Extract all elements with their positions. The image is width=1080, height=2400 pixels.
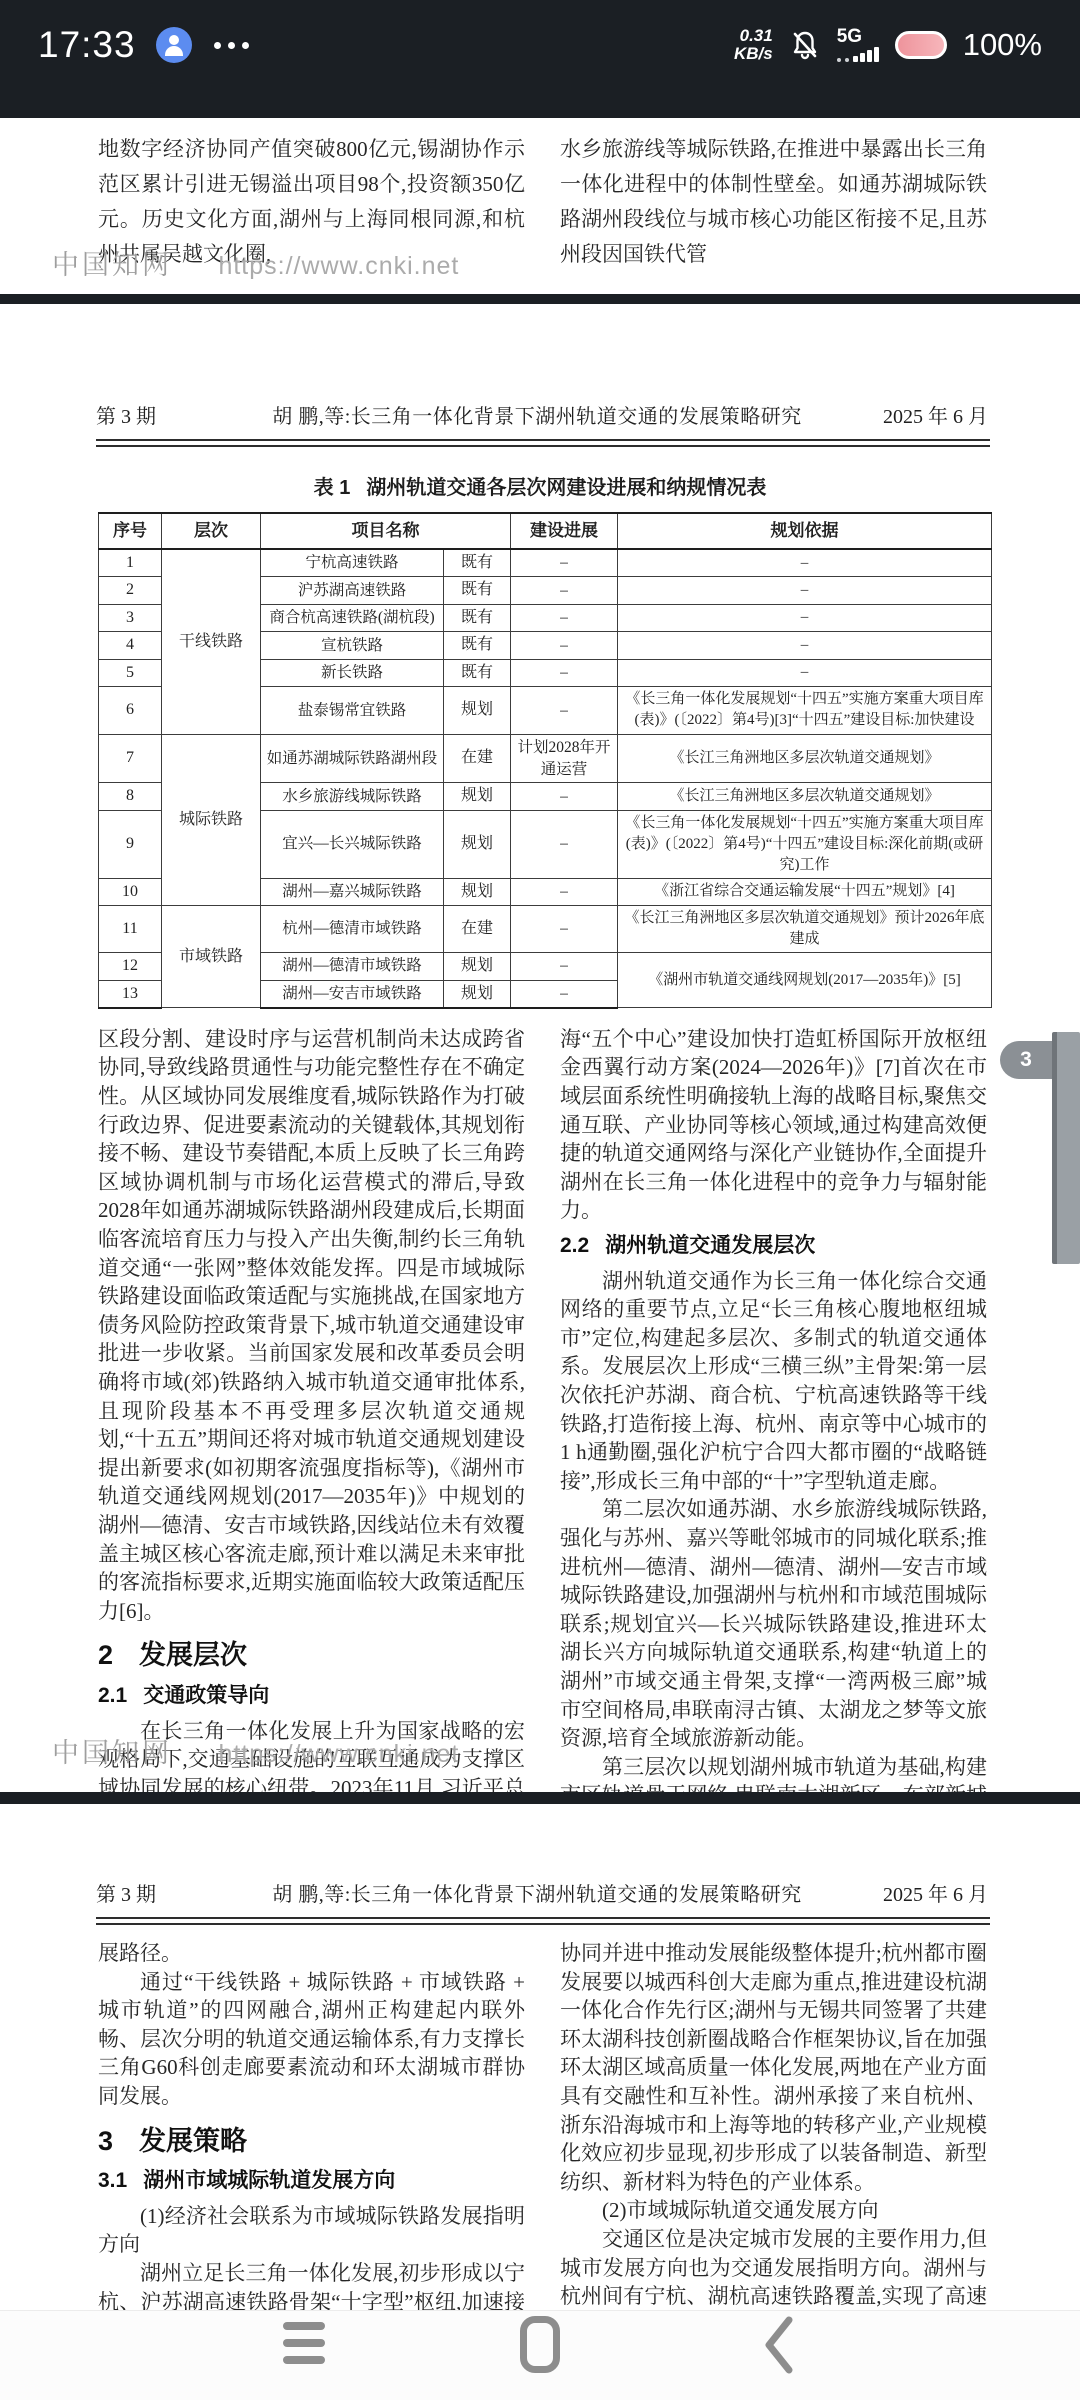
paragraph: 湖州立足长三角一体化发展,初步形成以宁杭、沪苏湖高速铁路骨架“十字型”枢纽,加速…: [98, 2259, 525, 2310]
table-caption-label: 表 1: [314, 477, 351, 499]
cell-name: 如通苏湖城际铁路湖州段: [261, 734, 444, 782]
cell-status: 规划: [444, 878, 511, 905]
col-header-seq: 序号: [99, 513, 162, 549]
screen: { "status_bar": { "time": "17:33", "net_…: [0, 0, 1080, 2400]
cell-status: 既有: [444, 604, 511, 631]
cell-name: 新长铁路: [261, 659, 444, 686]
cell-name: 宁杭高速铁路: [261, 549, 444, 577]
journal-footer: 中国知网 https://www.cnki.net: [52, 1731, 459, 1770]
cell-seq: 6: [99, 686, 162, 734]
cell-level: 干线铁路: [162, 549, 261, 734]
more-notifications-icon: [214, 42, 249, 49]
paragraph: 通过“干线铁路 + 城际铁路 + 市域铁路 + 城市轨道”的四网融合,湖州正构建…: [98, 1968, 525, 2111]
cell-progress: –: [511, 549, 618, 577]
signal-bars-icon: 5G: [837, 29, 879, 62]
cell-progress: 计划2028年开通运营: [511, 734, 618, 782]
cell-seq: 9: [99, 810, 162, 878]
cell-status: 在建: [444, 906, 511, 953]
col-header-basis: 规划依据: [618, 513, 992, 549]
running-title: 胡 鹏,等:长三角一体化背景下湖州轨道交通的发展策略研究: [236, 400, 838, 429]
cell-name: 商合杭高速铁路(湖杭段): [261, 604, 444, 631]
table-caption-text: 湖州轨道交通各层次网建设进展和纳规情况表: [366, 477, 766, 499]
journal-footer: 中国知网 https://www.cnki.net: [52, 243, 459, 282]
cell-level: 城际铁路: [162, 734, 261, 905]
table-row: 7 城际铁路 如通苏湖城际铁路湖州段 在建 计划2028年开通运营 《长江三角洲…: [99, 734, 992, 782]
section-title: 发展策略: [139, 2127, 247, 2156]
paragraph: 交通区位是决定城市发展的主要作用力,但城市发展方向也为交通发展指明方向。湖州与杭…: [560, 2225, 987, 2310]
section-heading: 2 发展层次: [98, 1641, 525, 1670]
paragraph: (1)经济社会联系为市域城际铁路发展指明方向: [98, 2202, 525, 2259]
issue-date: 2025 年 6 月: [838, 400, 988, 429]
clock: 17:33: [38, 24, 136, 66]
pdf-page-1: 地数字经济协同产值突破800亿元,锡湖协作示范区累计引进无锡溢出项目98个,投资…: [0, 118, 1080, 294]
cell-progress: –: [511, 604, 618, 631]
cell-basis: 《长三角一体化发展规划“十四五”实施方案重大项目库(表)》(〔2022〕第4号)…: [618, 810, 992, 878]
cell-status: 在建: [444, 734, 511, 782]
cell-name: 盐泰锡常宜铁路: [261, 686, 444, 734]
running-title: 胡 鹏,等:长三角一体化背景下湖州轨道交通的发展策略研究: [236, 1878, 838, 1907]
cnki-url: https://www.cnki.net: [218, 252, 459, 280]
cell-seq: 10: [99, 878, 162, 905]
status-bar: 17:33 0.31 KB/s 5G 100%: [0, 0, 1080, 90]
pdf-page-2: 第 3 期 胡 鹏,等:长三角一体化背景下湖州轨道交通的发展策略研究 2025 …: [0, 304, 1080, 1792]
cell-progress: –: [511, 632, 618, 659]
cell-seq: 8: [99, 783, 162, 810]
running-head: 第 3 期 胡 鹏,等:长三角一体化背景下湖州轨道交通的发展策略研究 2025 …: [0, 304, 1080, 429]
cell-seq: 13: [99, 980, 162, 1008]
column-right: 海“五个中心”建设加快打造虹桥国际开放枢纽金西翼行动方案(2024—2026年)…: [560, 1025, 987, 1792]
header-rule: [96, 439, 990, 447]
cell-name: 湖州—德清市域铁路: [261, 953, 444, 980]
network-type: 5G: [837, 29, 862, 45]
cell-progress: –: [511, 878, 618, 905]
cell-progress: –: [511, 953, 618, 980]
cell-seq: 2: [99, 577, 162, 604]
section-number: 3: [98, 2127, 113, 2156]
cell-basis: 《长三角一体化发展规划“十四五”实施方案重大项目库(表)》(〔2022〕第4号)…: [618, 686, 992, 734]
cnki-url: https://www.cnki.net: [218, 1740, 459, 1768]
issue-date: 2025 年 6 月: [838, 1878, 988, 1907]
cell-status: 规划: [444, 686, 511, 734]
cell-status: 规划: [444, 980, 511, 1008]
cell-basis: –: [618, 659, 992, 686]
notification-app-icon: [156, 27, 192, 63]
subsection-title: 湖州市域城际轨道发展方向: [143, 2167, 395, 2196]
back-button[interactable]: [762, 2316, 796, 2379]
subsection-number: 3.1: [98, 2167, 127, 2196]
cell-name: 宣杭铁路: [261, 632, 444, 659]
projects-table: 序号 层次 项目名称 建设进展 规划依据 1 干线铁路 宁杭高速铁路 既有 – …: [98, 512, 992, 1009]
subsection-number: 2.2: [560, 1232, 589, 1261]
section-number: 2: [98, 1641, 113, 1670]
scrollbar[interactable]: [1052, 1032, 1080, 1264]
table-row: 1 干线铁路 宁杭高速铁路 既有 – –: [99, 549, 992, 577]
cnki-brand: 中国知网: [52, 1738, 172, 1768]
cell-seq: 7: [99, 734, 162, 782]
paragraph: 第二层次如通苏湖、水乡旅游线城际铁路,强化与苏州、嘉兴等毗邻城市的同城化联系;推…: [560, 1495, 987, 1752]
subsection-title: 湖州轨道交通发展层次: [605, 1232, 815, 1261]
home-button[interactable]: [520, 2316, 560, 2373]
cell-basis: 《长江三角洲地区多层次轨道交通规划》: [618, 734, 992, 782]
col-header-name: 项目名称: [261, 513, 511, 549]
cell-progress: –: [511, 980, 618, 1008]
cell-progress: –: [511, 783, 618, 810]
column-left: 区段分割、建设时序与运营机制尚未达成跨省协同,导致线路贯通性与功能完整性存在不确…: [98, 1025, 525, 1792]
cnki-brand: 中国知网: [52, 250, 172, 280]
col-header-level: 层次: [162, 513, 261, 549]
network-speed-value: 0.31: [740, 27, 773, 45]
paragraph: 湖州轨道交通作为长三角一体化综合交通网络的重要节点,立足“长三角核心腹地枢纽城市…: [560, 1267, 987, 1496]
cell-basis: –: [618, 549, 992, 577]
column-left: 展路径。 通过“干线铁路 + 城际铁路 + 市域铁路 + 城市轨道”的四网融合,…: [98, 1939, 525, 2310]
cell-progress: –: [511, 810, 618, 878]
cell-seq: 4: [99, 632, 162, 659]
cell-progress: –: [511, 659, 618, 686]
network-speed-unit: KB/s: [734, 45, 773, 63]
running-head: 第 3 期 胡 鹏,等:长三角一体化背景下湖州轨道交通的发展策略研究 2025 …: [0, 1804, 1080, 1907]
cell-progress: –: [511, 577, 618, 604]
issue-label: 第 3 期: [96, 1878, 236, 1907]
col-header-progress: 建设进展: [511, 513, 618, 549]
cell-status: 规划: [444, 810, 511, 878]
cell-basis: 《浙江省综合交通运输发展“十四五”规划》[4]: [618, 878, 992, 905]
paragraph: 区段分割、建设时序与运营机制尚未达成跨省协同,导致线路贯通性与功能完整性存在不确…: [98, 1025, 525, 1625]
subsection-heading: 3.1 湖州市域城际轨道发展方向: [98, 2167, 525, 2196]
cell-name: 湖州—嘉兴城际铁路: [261, 878, 444, 905]
battery-percent: 100%: [963, 27, 1042, 63]
cell-progress: –: [511, 906, 618, 953]
table-header-row: 序号 层次 项目名称 建设进展 规划依据: [99, 513, 992, 549]
table-row: 11 市域铁路 杭州—德清市域铁路 在建 – 《长江三角洲地区多层次轨道交通规划…: [99, 906, 992, 953]
cell-status: 既有: [444, 577, 511, 604]
paragraph: 水乡旅游线等城际铁路,在推进中暴露出长三角一体化进程中的体制性壁垒。如通苏湖城际…: [560, 132, 987, 272]
menu-button[interactable]: [283, 2322, 325, 2364]
paragraph: 海“五个中心”建设加快打造虹桥国际开放枢纽金西翼行动方案(2024—2026年)…: [560, 1025, 987, 1225]
pdf-page-3: 第 3 期 胡 鹏,等:长三角一体化背景下湖州轨道交通的发展策略研究 2025 …: [0, 1804, 1080, 2310]
cell-name: 宜兴—长兴城际铁路: [261, 810, 444, 878]
cell-seq: 12: [99, 953, 162, 980]
cell-status: 规划: [444, 783, 511, 810]
bell-mute-icon: [789, 29, 821, 61]
page-number: 3: [1020, 1048, 1032, 1072]
cell-basis: 《湖州市轨道交通线网规划(2017—2035年)》[5]: [618, 953, 992, 1008]
column-right: 协同并进中推动发展能级整体提升;杭州都市圈发展要以城西科创大走廊为重点,推进建设…: [560, 1939, 987, 2310]
subsection-number: 2.1: [98, 1682, 127, 1711]
cell-seq: 1: [99, 549, 162, 577]
cell-name: 沪苏湖高速铁路: [261, 577, 444, 604]
subsection-title: 交通政策导向: [143, 1682, 269, 1711]
cell-name: 水乡旅游线城际铁路: [261, 783, 444, 810]
cell-name: 杭州—德清市域铁路: [261, 906, 444, 953]
issue-label: 第 3 期: [96, 400, 236, 429]
cell-level: 市域铁路: [162, 906, 261, 1008]
cell-seq: 3: [99, 604, 162, 631]
cell-seq: 5: [99, 659, 162, 686]
cell-name: 湖州—安吉市域铁路: [261, 980, 444, 1008]
section-title: 发展层次: [139, 1641, 247, 1670]
table-caption: 表 1湖州轨道交通各层次网建设进展和纳规情况表: [0, 471, 1080, 500]
cell-status: 既有: [444, 632, 511, 659]
paragraph: 第三层次以规划湖州城市轨道为基础,构建市区轨道骨干网络,串联南太湖新区、东部新城…: [560, 1753, 987, 1792]
cell-basis: –: [618, 632, 992, 659]
subsection-heading: 2.1 交通政策导向: [98, 1682, 525, 1711]
cell-progress: –: [511, 686, 618, 734]
network-speed: 0.31 KB/s: [734, 27, 773, 63]
paragraph: 协同并进中推动发展能级整体提升;杭州都市圈发展要以城西科创大走廊为重点,推进建设…: [560, 1939, 987, 2196]
paragraph: 展路径。: [98, 1939, 525, 1968]
cell-status: 既有: [444, 659, 511, 686]
section-heading: 3 发展策略: [98, 2127, 525, 2156]
cell-status: 规划: [444, 953, 511, 980]
subsection-heading: 2.2 湖州轨道交通发展层次: [560, 1232, 987, 1261]
header-rule: [96, 1917, 990, 1925]
cell-basis: 《长江三角洲地区多层次轨道交通规划》: [618, 783, 992, 810]
column-right: 水乡旅游线等城际铁路,在推进中暴露出长三角一体化进程中的体制性壁垒。如通苏湖城际…: [560, 132, 987, 272]
cell-basis: –: [618, 604, 992, 631]
battery-icon: [895, 31, 947, 59]
paragraph: (2)市域城际轨道交通发展方向: [560, 2196, 987, 2225]
page-indicator-tab[interactable]: 3: [1000, 1041, 1052, 1079]
cell-seq: 11: [99, 906, 162, 953]
cell-basis: –: [618, 577, 992, 604]
cell-status: 既有: [444, 549, 511, 577]
cell-basis: 《长江三角洲地区多层次轨道交通规划》预计2026年底建成: [618, 906, 992, 953]
